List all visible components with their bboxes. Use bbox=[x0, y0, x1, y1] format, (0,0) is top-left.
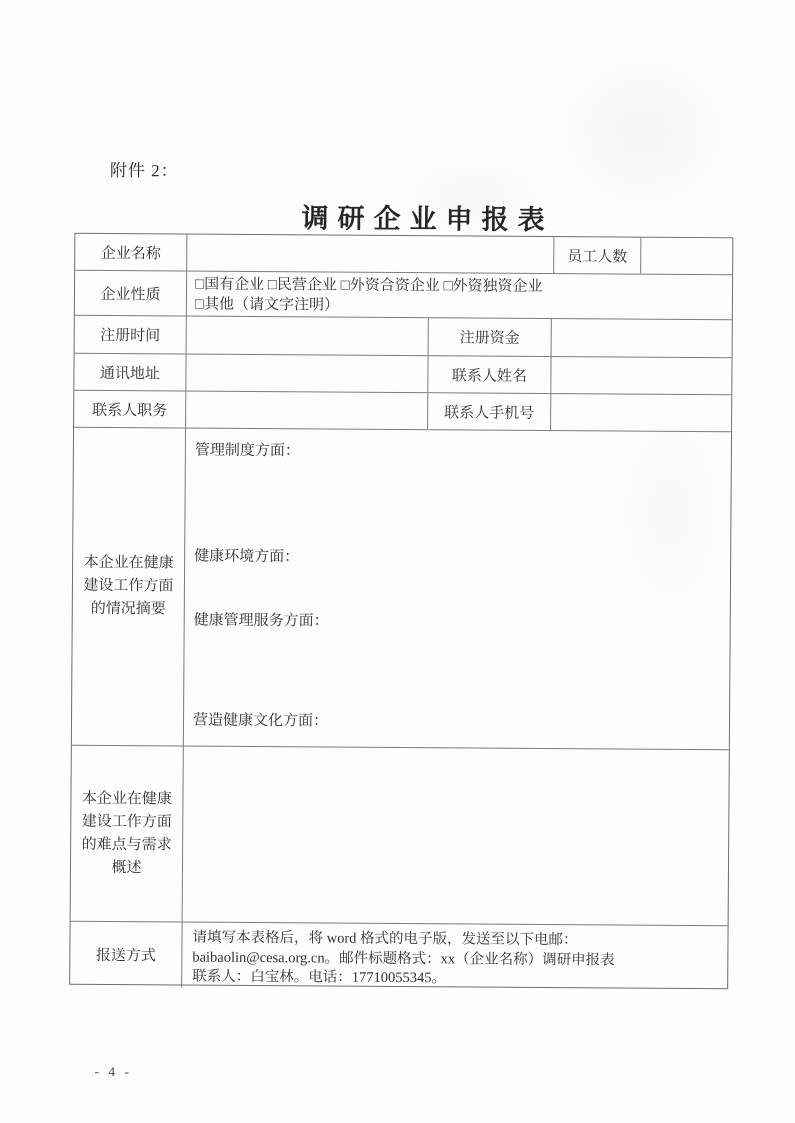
difficulties-label-line: 本企业在健康 bbox=[82, 787, 172, 811]
summary-prompt-health-management-service: 健康管理服务方面： bbox=[194, 609, 329, 631]
registration-date-value-cell bbox=[186, 316, 428, 355]
row-health-summary: 本企业在健康 建设工作方面 的情况摘要 管理制度方面： 健康环境方面： 健康管理… bbox=[72, 427, 731, 750]
difficulties-label-line: 建设工作方面 bbox=[82, 810, 172, 834]
company-name-value-cell bbox=[186, 235, 553, 274]
scan-bleedthrough-artifact bbox=[543, 41, 744, 222]
submission-method-content-cell: 请填写本表格后，将 word 格式的电子版，发送至以下电邮： baibaolin… bbox=[181, 922, 727, 990]
row-contact-title-mobile: 联系人职务 联系人手机号 bbox=[74, 390, 731, 432]
health-summary-label-line: 本企业在健康 bbox=[84, 552, 174, 576]
registered-capital-label: 注册资金 bbox=[428, 318, 551, 356]
health-summary-label-line: 的情况摘要 bbox=[91, 598, 166, 622]
row-difficulties-needs: 本企业在健康 建设工作方面 的难点与需求 概述 bbox=[71, 745, 729, 926]
company-name-label: 企业名称 bbox=[75, 234, 186, 271]
contact-title-label: 联系人职务 bbox=[74, 391, 185, 428]
health-summary-content-cell: 管理制度方面： 健康环境方面： 健康管理服务方面： 营造健康文化方面： bbox=[183, 428, 731, 749]
summary-prompt-management-system: 管理制度方面： bbox=[195, 439, 300, 461]
document-sheet: 附件 2： 调研企业申报表 企业名称 员工人数 企业性质 □国有企业 □民营企业… bbox=[0, 0, 795, 1123]
summary-prompt-health-culture: 营造健康文化方面： bbox=[193, 709, 328, 731]
row-registration: 注册时间 注册资金 bbox=[75, 315, 732, 358]
row-address-contact: 通讯地址 联系人姓名 bbox=[74, 353, 731, 395]
nature-options-line2: □其他（请文字注明） bbox=[195, 295, 726, 319]
mailing-address-value-cell bbox=[185, 354, 427, 392]
difficulties-needs-label: 本企业在健康 建设工作方面 的难点与需求 概述 bbox=[71, 746, 183, 922]
row-company-name: 企业名称 员工人数 bbox=[75, 234, 732, 275]
submission-method-label: 报送方式 bbox=[70, 922, 181, 987]
difficulties-label-line: 的难点与需求 bbox=[82, 833, 172, 857]
contact-name-label: 联系人姓名 bbox=[427, 356, 550, 393]
submission-instruction-line3: 联系人：白宝林。电话：17710055345。 bbox=[192, 968, 719, 991]
contact-mobile-value-cell bbox=[550, 394, 731, 431]
health-summary-label: 本企业在健康 建设工作方面 的情况摘要 bbox=[72, 428, 185, 746]
row-company-nature: 企业性质 □国有企业 □民营企业 □外资合资企业 □外资独资企业 □其他（请文字… bbox=[75, 270, 732, 320]
contact-name-value-cell bbox=[550, 357, 731, 394]
health-summary-label-line: 建设工作方面 bbox=[83, 575, 173, 599]
attachment-label: 附件 2： bbox=[110, 156, 179, 181]
company-nature-options-cell: □国有企业 □民营企业 □外资合资企业 □外资独资企业 □其他（请文字注明） bbox=[186, 271, 732, 319]
difficulties-label-line: 概述 bbox=[111, 856, 141, 879]
difficulties-content-cell bbox=[182, 746, 729, 925]
employee-count-label: 员工人数 bbox=[553, 237, 640, 274]
scanned-document-page: 附件 2： 调研企业申报表 企业名称 员工人数 企业性质 □国有企业 □民营企业… bbox=[0, 0, 795, 1123]
employee-count-value-cell bbox=[640, 238, 732, 275]
page-number: - 4 - bbox=[95, 1064, 133, 1080]
summary-prompt-health-environment: 健康环境方面： bbox=[194, 545, 299, 567]
registered-capital-value-cell bbox=[551, 319, 732, 357]
contact-mobile-label: 联系人手机号 bbox=[427, 393, 550, 430]
registration-date-label: 注册时间 bbox=[75, 316, 186, 354]
mailing-address-label: 通讯地址 bbox=[74, 354, 185, 391]
row-submission-method: 报送方式 请填写本表格后，将 word 格式的电子版，发送至以下电邮： baib… bbox=[70, 921, 727, 991]
contact-title-value-cell bbox=[185, 391, 427, 429]
company-nature-label: 企业性质 bbox=[75, 271, 186, 316]
document-title: 调研企业申报表 bbox=[57, 195, 795, 239]
application-form-table: 企业名称 员工人数 企业性质 □国有企业 □民营企业 □外资合资企业 □外资独资… bbox=[69, 233, 733, 990]
